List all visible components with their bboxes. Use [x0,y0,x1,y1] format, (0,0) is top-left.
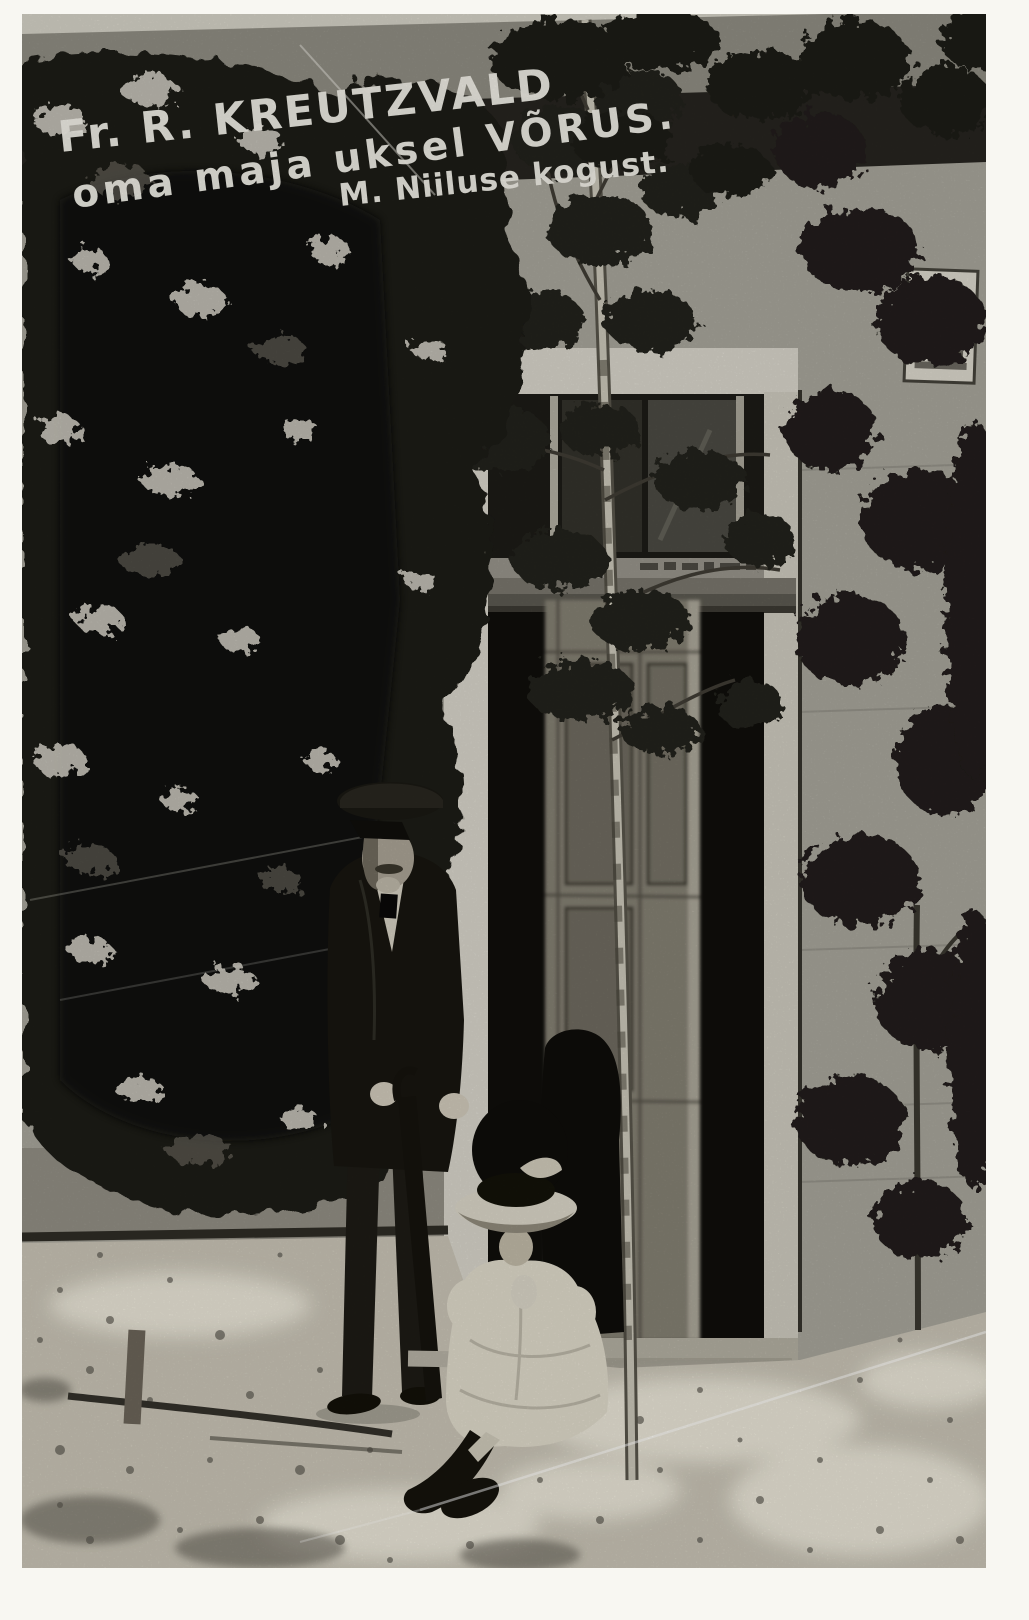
grain-overlay [22,14,986,1568]
postcard: Fr. R. KREUTZVALD oma maja uksel VÕRUS. … [0,0,1029,1620]
photo-scene: Fr. R. KREUTZVALD oma maja uksel VÕRUS. … [0,0,1029,1620]
